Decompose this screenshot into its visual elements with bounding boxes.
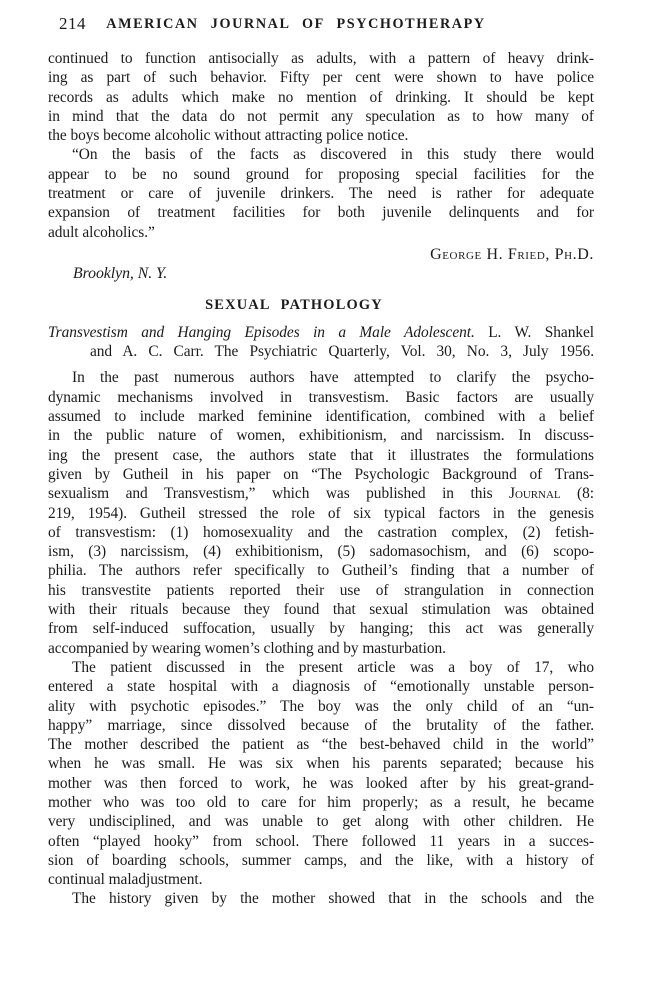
text-line: assumed to include marked feminine ident… [48, 407, 594, 426]
text-line: in mind that the data do not permit any … [48, 107, 594, 126]
text-line: and A. C. Carr. The Psychiatric Quarterl… [48, 342, 594, 361]
author-signature: George H. Fried, Ph.D. [48, 245, 594, 264]
page-body: continued to function antisocially as ad… [48, 49, 594, 909]
article-citation: Transvestism and Hanging Episodes in a M… [48, 323, 594, 362]
text-line: the boys become alcoholic without attrac… [48, 126, 594, 145]
text-line: ality with psychotic episodes.” The boy … [48, 697, 594, 716]
text-line: adult alcoholics.” [48, 223, 594, 242]
text-line: often “played hooky” from school. There … [48, 832, 594, 851]
journal-page: 214 AMERICAN JOURNAL OF PSYCHOTHERAPY co… [0, 0, 650, 992]
text-line: philia. The authors refer specifically t… [48, 561, 594, 580]
text-line: with their rituals because they found th… [48, 600, 594, 619]
text-line: mother who was too old to care for him p… [48, 793, 594, 812]
text-line: 219, 1954). Gutheil stressed the role of… [48, 504, 594, 523]
text-line: sion of boarding schools, summer camps, … [48, 851, 594, 870]
text-line: from self-induced suffocation, usually b… [48, 619, 594, 638]
text-line: expansion of treatment facilities for bo… [48, 203, 594, 222]
page-number: 214 [59, 14, 86, 34]
smallcaps-text: Journal [509, 485, 560, 502]
text-line: Transvestism and Hanging Episodes in a M… [48, 323, 594, 342]
plain-text: sexualism and Transvestism,” which was p… [48, 485, 509, 502]
text-line: accompanied by wearing women’s clothing … [48, 639, 594, 658]
text-line: ing as part of such behavior. Fifty per … [48, 68, 594, 87]
text-line: sexualism and Transvestism,” which was p… [48, 484, 594, 503]
text-line: ism, (3) narcissism, (4) exhibitionism, … [48, 542, 594, 561]
text-line: The patient discussed in the present art… [48, 658, 594, 677]
paragraph-transvestism-intro: In the past numerous authors have attemp… [48, 368, 594, 657]
text-line: In the past numerous authors have attemp… [48, 368, 594, 387]
text-line: treatment or care of juvenile drinkers. … [48, 184, 594, 203]
text-line: entered a state hospital with a diagnosi… [48, 677, 594, 696]
text-line: continual maladjustment. [48, 870, 594, 889]
paragraph-patient-case: The patient discussed in the present art… [48, 658, 594, 890]
text-line: continued to function antisocially as ad… [48, 49, 594, 68]
text-line: given by Gutheil in his paper on “The Ps… [48, 465, 594, 484]
text-line: The mother described the patient as “the… [48, 735, 594, 754]
text-line: dynamic mechanisms involved in transvest… [48, 388, 594, 407]
text-column: 214 AMERICAN JOURNAL OF PSYCHOTHERAPY co… [48, 14, 594, 909]
text-line: his transvestite patients reported their… [48, 581, 594, 600]
plain-text: (8: [561, 485, 594, 502]
text-line: The history given by the mother showed t… [48, 889, 594, 908]
page-header: 214 AMERICAN JOURNAL OF PSYCHOTHERAPY [48, 14, 594, 36]
section-heading: SEXUAL PATHOLOGY [48, 296, 594, 315]
text-line: ing the present case, the authors state … [48, 446, 594, 465]
italic-text: Transvestism and Hanging Episodes in a M… [48, 324, 475, 341]
text-line: happy” marriage, since dissolved because… [48, 716, 594, 735]
text-line: in the public nature of women, exhibitio… [48, 426, 594, 445]
text-line: mother was then forced to work, he was l… [48, 774, 594, 793]
text-line: records as adults which make no mention … [48, 88, 594, 107]
text-line: “On the basis of the facts as discovered… [48, 145, 594, 164]
text-line: of transvestism: (1) homosexuality and t… [48, 523, 594, 542]
paragraph-continued-drinking-study: continued to function antisocially as ad… [48, 49, 594, 145]
paragraph-study-quote: “On the basis of the facts as discovered… [48, 145, 594, 241]
plain-text: L. W. Shankel [475, 324, 594, 341]
author-location: Brooklyn, N. Y. [48, 264, 594, 283]
plain-text: and A. C. Carr. The Psychiatric Quarterl… [90, 343, 594, 360]
paragraph-history-start: The history given by the mother showed t… [48, 889, 594, 908]
text-line: appear to be no sound ground for proposi… [48, 165, 594, 184]
running-title: AMERICAN JOURNAL OF PSYCHOTHERAPY [48, 14, 594, 33]
text-line: when he was small. He was six when his p… [48, 754, 594, 773]
text-line: very undisciplined, and was unable to ge… [48, 812, 594, 831]
